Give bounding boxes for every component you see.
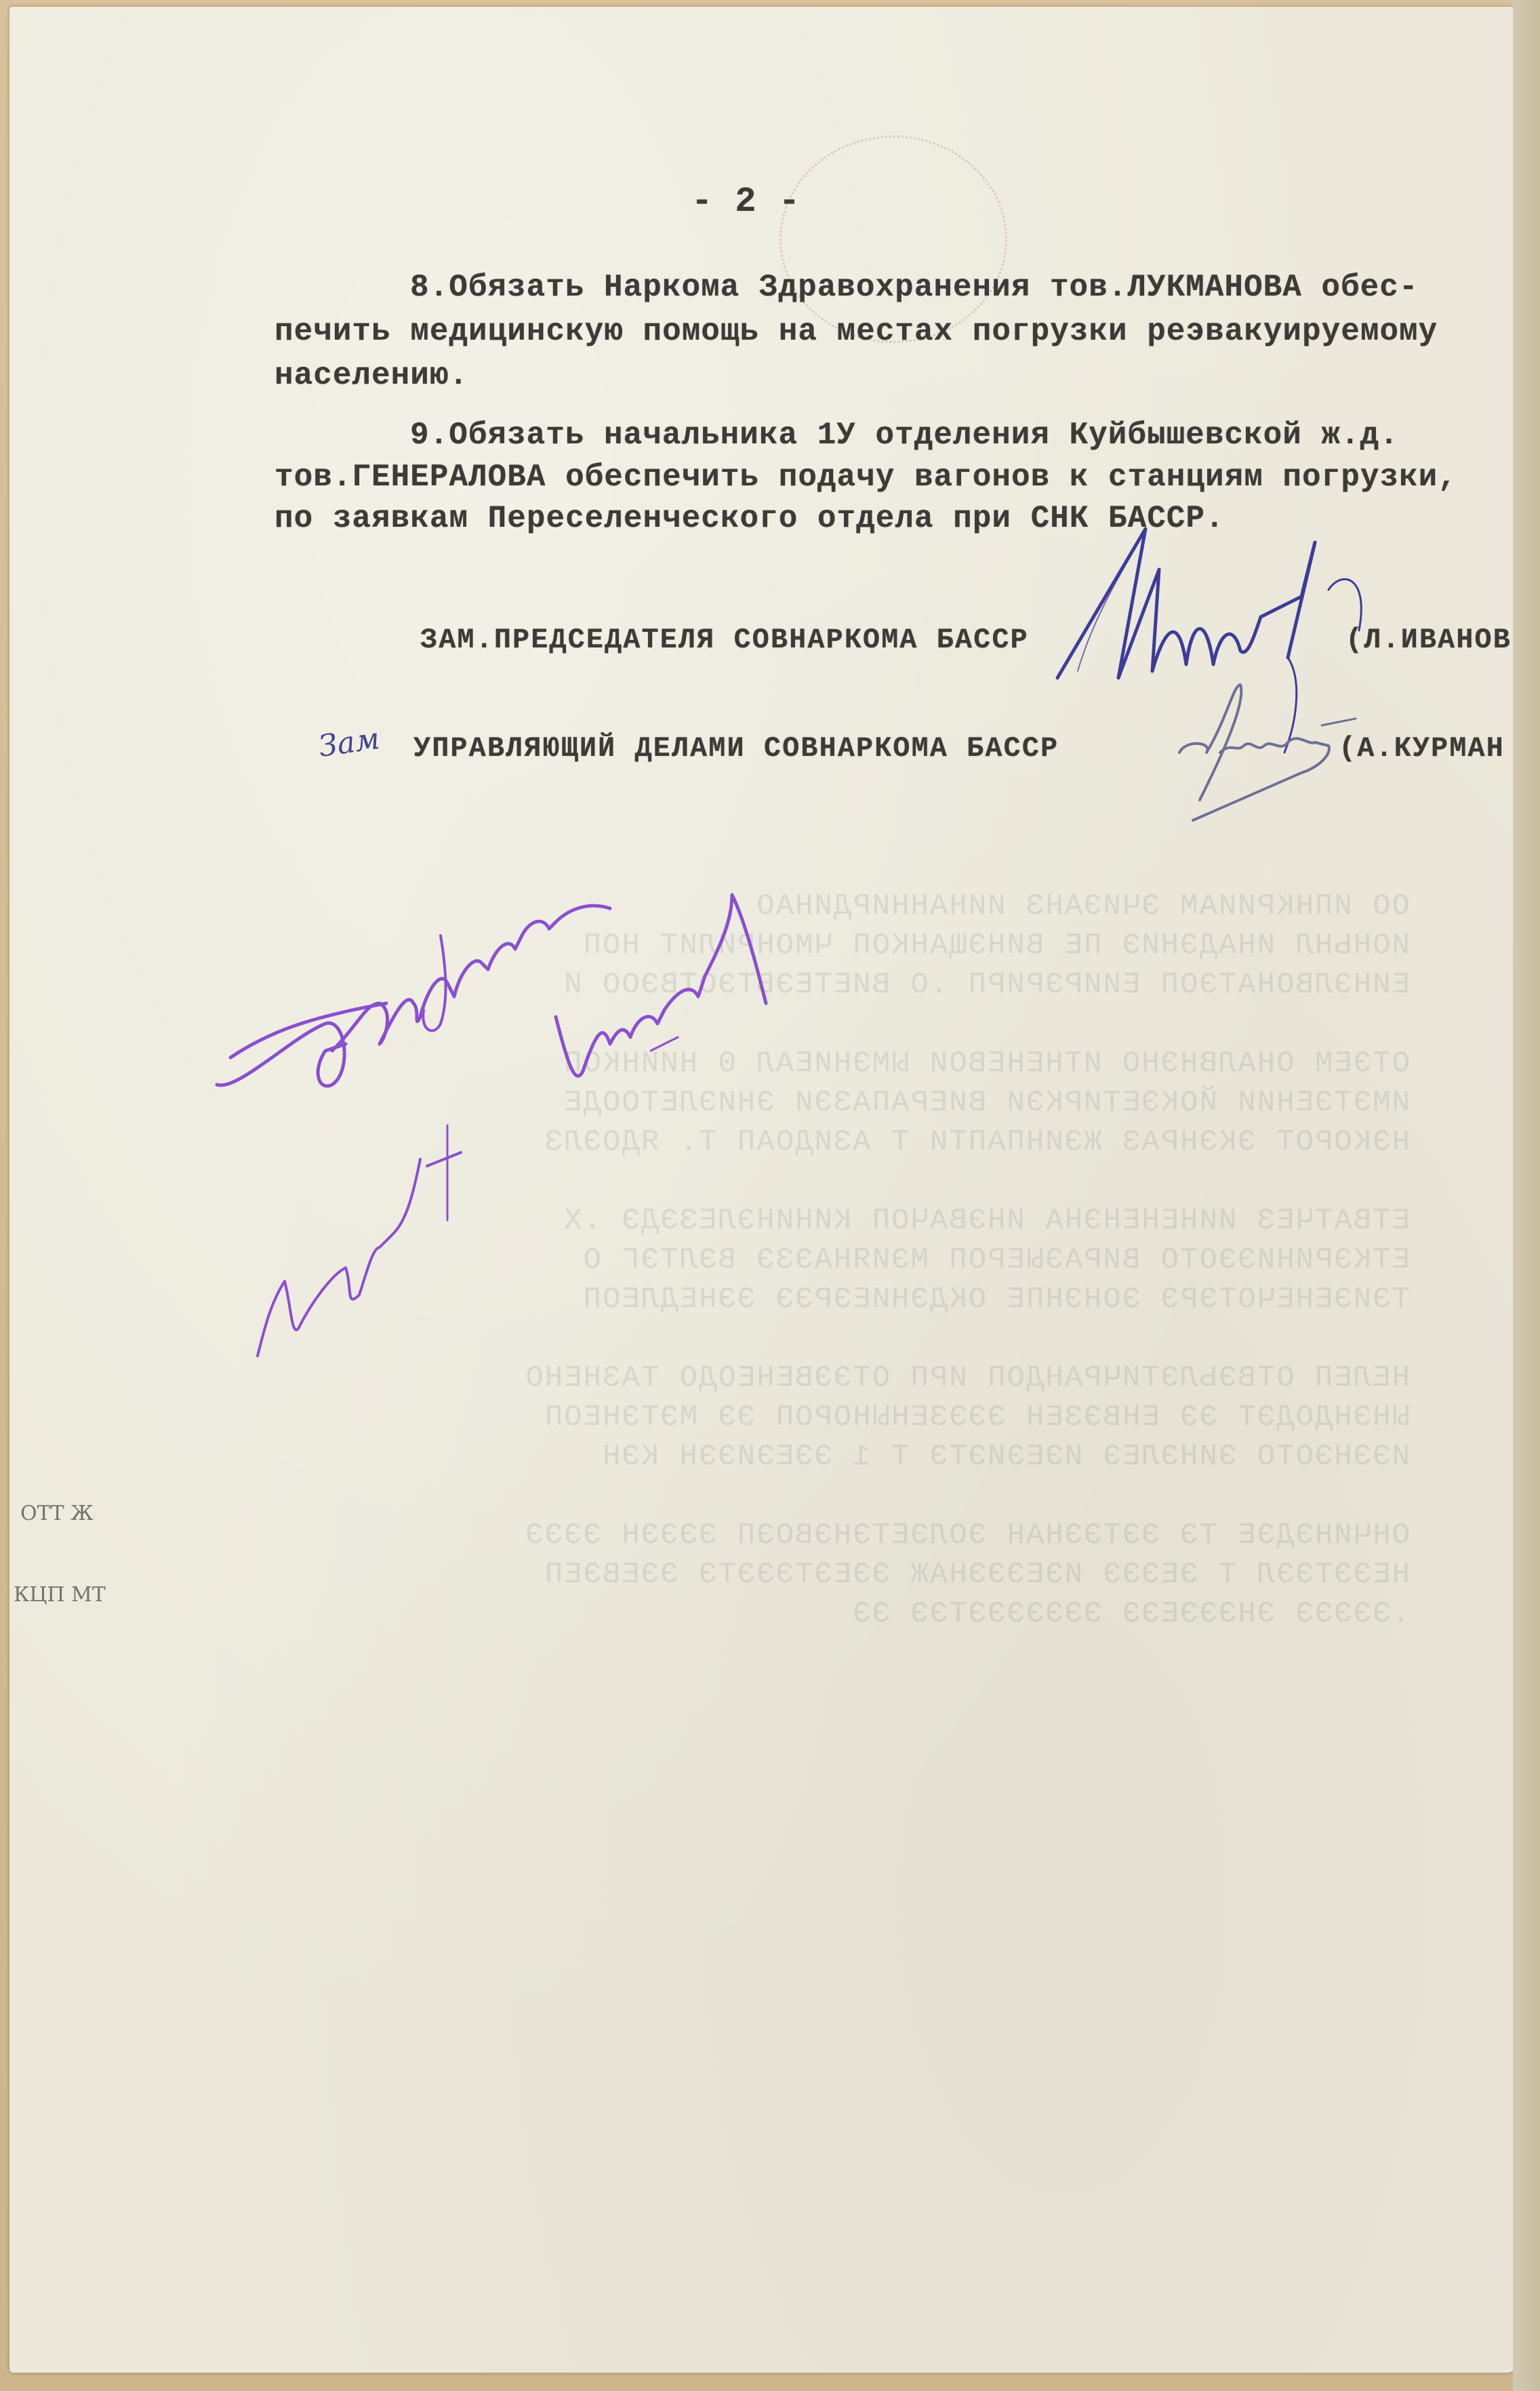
paragraph-9-line-1: 9.Обязать начальника 1У отделения Куйбыш… — [410, 414, 1399, 457]
paragraph-8-line-1: 8.Обязать Наркома Здравохранения тов.ЛУК… — [410, 266, 1418, 309]
page-number: - 2 - — [691, 182, 801, 222]
margin-fragment-2: КЦП МТ — [14, 1583, 106, 1607]
signatory-title-business-manager: УПРАВЛЯЮЩИЙ ДЕЛАМИ СОВНАРКОМА БАССР — [413, 732, 1059, 765]
paragraph-8-line-3: населению. — [275, 354, 468, 397]
binding-edge — [1513, 0, 1540, 2391]
margin-fragment-1: ОТТ Ж — [20, 1502, 94, 1525]
paragraph-9-line-2: тов.ГЕНЕРАЛОВА обеспечить подачу вагонов… — [275, 456, 1457, 499]
signatory-title-deputy-chairman: ЗАМ.ПРЕДСЕДАТЕЛЯ СОВНАРКОМА БАССР — [420, 624, 1029, 656]
signatory-name-ivanov: (Л.ИВАНОВ — [1345, 624, 1512, 656]
bleed-through-text: ОО ИПНКРИИАМ ЭЧИЭАНЗ ИИНАННИРДИНАО ИОНЬН… — [122, 847, 1410, 1634]
paragraph-8-line-2: печить медицинскую помощь на местах погр… — [275, 310, 1438, 353]
paragraph-9-line-3: по заявкам Переселенческого отдела при С… — [275, 497, 1225, 540]
signatory-name-kurman: (А.КУРМАН — [1339, 732, 1505, 765]
